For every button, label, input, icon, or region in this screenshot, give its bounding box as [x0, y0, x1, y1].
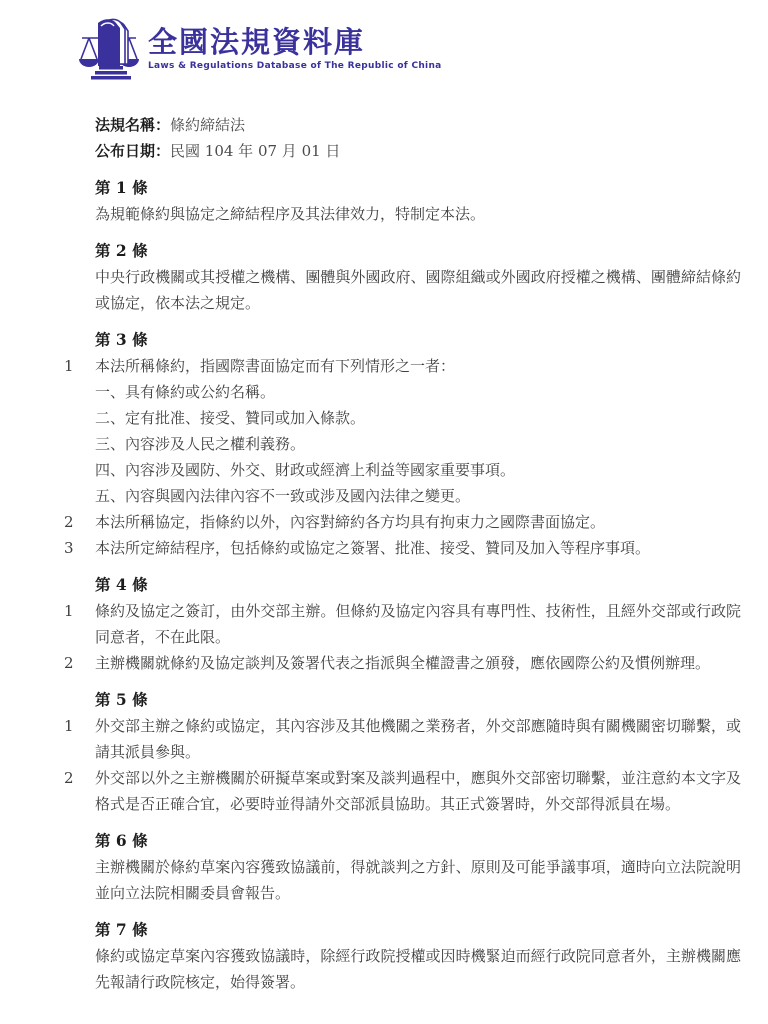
publish-date-value: 民國 104 年 07 月 01 日: [170, 142, 340, 160]
article-paragraph: 為規範條約與協定之締結程序及其法律效力，特制定本法。: [95, 201, 741, 227]
law-name-value: 條約締結法: [170, 116, 245, 134]
paragraph-subitem: 一、具有條約或公約名稱。: [95, 379, 741, 405]
paragraph-number: 2: [64, 650, 88, 676]
law-content: 法規名稱：條約締結法 公布日期：民國 104 年 07 月 01 日 第 1 條…: [95, 112, 741, 995]
article: 第 1 條為規範條約與協定之締結程序及其法律效力，特制定本法。: [95, 175, 741, 227]
paragraph-number: 3: [64, 535, 88, 561]
article-paragraph: 1外交部主辦之條約或協定，其內容涉及其他機關之業務者，外交部應隨時與有關機關密切…: [95, 713, 741, 765]
law-name-label: 法規名稱：: [95, 116, 170, 134]
document-page: 全國法規資料庫 Laws & Regulations Database of T…: [0, 0, 768, 1024]
paragraph-text: 主辦機關就條約及協定談判及簽署代表之指派與全權證書之頒發，應依國際公約及慣例辦理…: [95, 650, 741, 676]
paragraph-text: 外交部以外之主辦機關於研擬草案或對案及談判過程中，應與外交部密切聯繫，並注意約本…: [95, 765, 741, 817]
article-title: 第 4 條: [95, 572, 741, 598]
articles-list: 第 1 條為規範條約與協定之締結程序及其法律效力，特制定本法。第 2 條中央行政…: [95, 175, 741, 995]
article: 第 2 條中央行政機關或其授權之機構、團體與外國政府、國際組織或外國政府授權之機…: [95, 238, 741, 316]
article-paragraph: 2外交部以外之主辦機關於研擬草案或對案及談判過程中，應與外交部密切聯繫，並注意約…: [95, 765, 741, 817]
paragraph-subitem: 四、內容涉及國防、外交、財政或經濟上利益等國家重要事項。: [95, 457, 741, 483]
publish-date-label: 公布日期：: [95, 142, 170, 160]
paragraph-text: 條約及協定之簽訂，由外交部主辦。但條約及協定內容具有專門性、技術性，且經外交部或…: [95, 598, 741, 650]
law-name-row: 法規名稱：條約締結法: [95, 112, 741, 138]
paragraph-text: 外交部主辦之條約或協定，其內容涉及其他機關之業務者，外交部應隨時與有關機關密切聯…: [95, 713, 741, 765]
article-title: 第 5 條: [95, 687, 741, 713]
article-title: 第 1 條: [95, 175, 741, 201]
article-paragraph: 2本法所稱協定，指條約以外，內容對締約各方均具有拘束力之國際書面協定。: [95, 509, 741, 535]
article-paragraph: 1條約及協定之簽訂，由外交部主辦。但條約及協定內容具有專門性、技術性，且經外交部…: [95, 598, 741, 650]
paragraph-text: 本法所稱條約，指國際書面協定而有下列情形之一者：: [95, 353, 741, 379]
site-logo: 全國法規資料庫 Laws & Regulations Database of T…: [76, 14, 442, 82]
logo-title: 全國法規資料庫: [148, 25, 442, 59]
paragraph-subitem: 二、定有批准、接受、贊同或加入條款。: [95, 405, 741, 431]
paragraph-text: 本法所定締結程序，包括條約或協定之簽署、批准、接受、贊同及加入等程序事項。: [95, 535, 741, 561]
article: 第 5 條1外交部主辦之條約或協定，其內容涉及其他機關之業務者，外交部應隨時與有…: [95, 687, 741, 817]
paragraph-number: 1: [64, 598, 88, 624]
paragraph-subitem: 五、內容與國內法律內容不一致或涉及國內法律之變更。: [95, 483, 741, 509]
paragraph-text: 條約或協定草案內容獲致協議時，除經行政院授權或因時機緊迫而經行政院同意者外，主辦…: [95, 943, 741, 995]
article: 第 3 條1本法所稱條約，指國際書面協定而有下列情形之一者：一、具有條約或公約名…: [95, 327, 741, 561]
logo-text: 全國法規資料庫 Laws & Regulations Database of T…: [148, 25, 442, 71]
paragraph-number: 1: [64, 713, 88, 739]
article-title: 第 6 條: [95, 828, 741, 854]
paragraph-number: 2: [64, 765, 88, 791]
paragraph-text: 主辦機關於條約草案內容獲致協議前，得就談判之方針、原則及可能爭議事項，適時向立法…: [95, 854, 741, 906]
publish-date-row: 公布日期：民國 104 年 07 月 01 日: [95, 138, 741, 164]
article-paragraph: 1本法所稱條約，指國際書面協定而有下列情形之一者：一、具有條約或公約名稱。二、定…: [95, 353, 741, 509]
article-paragraph: 2主辦機關就條約及協定談判及簽署代表之指派與全權證書之頒發，應依國際公約及慣例辦…: [95, 650, 741, 676]
book-and-scales-icon: [76, 14, 142, 82]
paragraph-number: 2: [64, 509, 88, 535]
article-title: 第 7 條: [95, 917, 741, 943]
article-paragraph: 中央行政機關或其授權之機構、團體與外國政府、國際組織或外國政府授權之機構、團體締…: [95, 264, 741, 316]
paragraph-text: 為規範條約與協定之締結程序及其法律效力，特制定本法。: [95, 201, 741, 227]
paragraph-text: 中央行政機關或其授權之機構、團體與外國政府、國際組織或外國政府授權之機構、團體締…: [95, 264, 741, 316]
article-paragraph: 條約或協定草案內容獲致協議時，除經行政院授權或因時機緊迫而經行政院同意者外，主辦…: [95, 943, 741, 995]
paragraph-text: 本法所稱協定，指條約以外，內容對締約各方均具有拘束力之國際書面協定。: [95, 509, 741, 535]
article: 第 6 條主辦機關於條約草案內容獲致協議前，得就談判之方針、原則及可能爭議事項，…: [95, 828, 741, 906]
article-paragraph: 3本法所定締結程序，包括條約或協定之簽署、批准、接受、贊同及加入等程序事項。: [95, 535, 741, 561]
article: 第 4 條1條約及協定之簽訂，由外交部主辦。但條約及協定內容具有專門性、技術性，…: [95, 572, 741, 676]
paragraph-number: 1: [64, 353, 88, 379]
paragraph-subitem: 三、內容涉及人民之權利義務。: [95, 431, 741, 457]
article-title: 第 2 條: [95, 238, 741, 264]
logo-subtitle: Laws & Regulations Database of The Repub…: [148, 61, 442, 71]
article-title: 第 3 條: [95, 327, 741, 353]
article: 第 7 條條約或協定草案內容獲致協議時，除經行政院授權或因時機緊迫而經行政院同意…: [95, 917, 741, 995]
article-paragraph: 主辦機關於條約草案內容獲致協議前，得就談判之方針、原則及可能爭議事項，適時向立法…: [95, 854, 741, 906]
